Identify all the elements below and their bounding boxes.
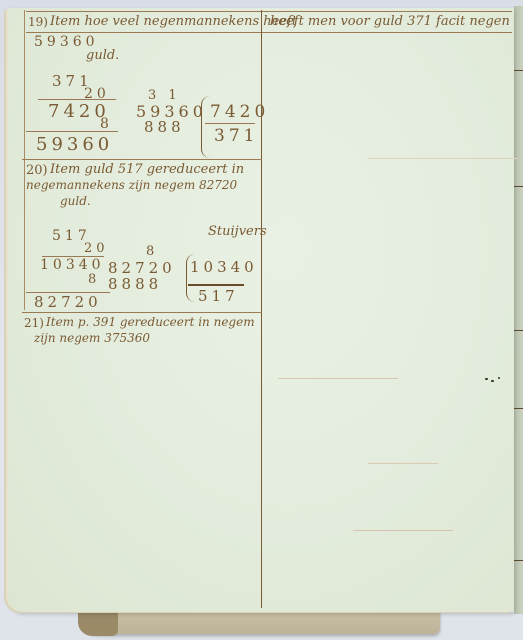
section-rule-19-20 xyxy=(22,159,262,160)
spine-tick xyxy=(514,408,523,409)
p21-line-1: Item p. 391 gereduceert in negem xyxy=(46,315,255,329)
p19-division-rule xyxy=(205,123,255,124)
spine-tick xyxy=(514,560,523,561)
left-margin-rule xyxy=(24,10,25,310)
p20-division-rule xyxy=(188,284,244,286)
p20-check-result: 517 xyxy=(198,287,239,305)
p20-multiplier-2: 8 xyxy=(88,272,100,287)
bleed-through-mark xyxy=(353,530,453,531)
p19-answer-unit: guld. xyxy=(86,48,119,63)
ink-speck xyxy=(485,378,488,380)
spine-tick xyxy=(514,186,523,187)
p21-line-2: zijn negem 375360 xyxy=(34,331,150,345)
header-rule-bottom xyxy=(26,32,512,33)
header-rule-top xyxy=(26,11,512,12)
item-21-number: 21) xyxy=(24,316,44,330)
spine-tick xyxy=(514,70,523,71)
p19-check-result: 371 xyxy=(214,126,258,146)
p19-rule-1 xyxy=(38,99,116,100)
bleed-through-mark xyxy=(278,378,398,379)
p19-check-quotient: 7420 xyxy=(210,102,269,122)
header-text-left: Item hoe veel negenmannekens heeft xyxy=(50,14,297,29)
p20-check-divisor: 8888 xyxy=(108,275,162,293)
p19-check-carry: 3 1 xyxy=(148,88,181,103)
p19-product-2: 59360 xyxy=(36,134,113,155)
manuscript-page: 19) Item hoe veel negenmannekens heeft h… xyxy=(8,8,514,612)
p20-product-1: 10340 xyxy=(40,257,105,273)
ink-speck xyxy=(498,377,500,379)
p19-rule-2 xyxy=(26,131,118,132)
p20-check-carry: 8 xyxy=(146,244,158,259)
spine-tick xyxy=(514,330,523,331)
header-text-right: heeft men voor guld 371 facit negen xyxy=(270,14,510,29)
column-divider xyxy=(261,10,262,608)
book-spine-edge xyxy=(514,6,523,614)
item-19-number: 19) xyxy=(28,15,48,29)
p20-unit-label: Stuijvers xyxy=(208,224,267,239)
bleed-through-mark xyxy=(368,463,438,464)
p19-multiplier-2: 8 xyxy=(100,116,113,132)
bleed-through-mark xyxy=(368,158,518,159)
p20-line-3: guld. xyxy=(60,194,91,208)
section-rule-20-21 xyxy=(22,312,262,313)
item-20-number: 20) xyxy=(26,163,48,178)
p20-line-1: Item guld 517 gereduceert in xyxy=(50,162,244,177)
p20-check-quotient: 10340 xyxy=(190,258,258,276)
under-leaf-fold xyxy=(78,610,118,636)
p20-line-2: negemannekens zijn negem 82720 xyxy=(26,178,237,192)
p19-check-divisor: 888 xyxy=(144,118,185,136)
p20-multiplier-1: 20 xyxy=(84,241,109,256)
ink-speck xyxy=(491,380,494,382)
p19-division-bracket xyxy=(201,96,210,158)
p20-product-2: 82720 xyxy=(34,293,102,311)
